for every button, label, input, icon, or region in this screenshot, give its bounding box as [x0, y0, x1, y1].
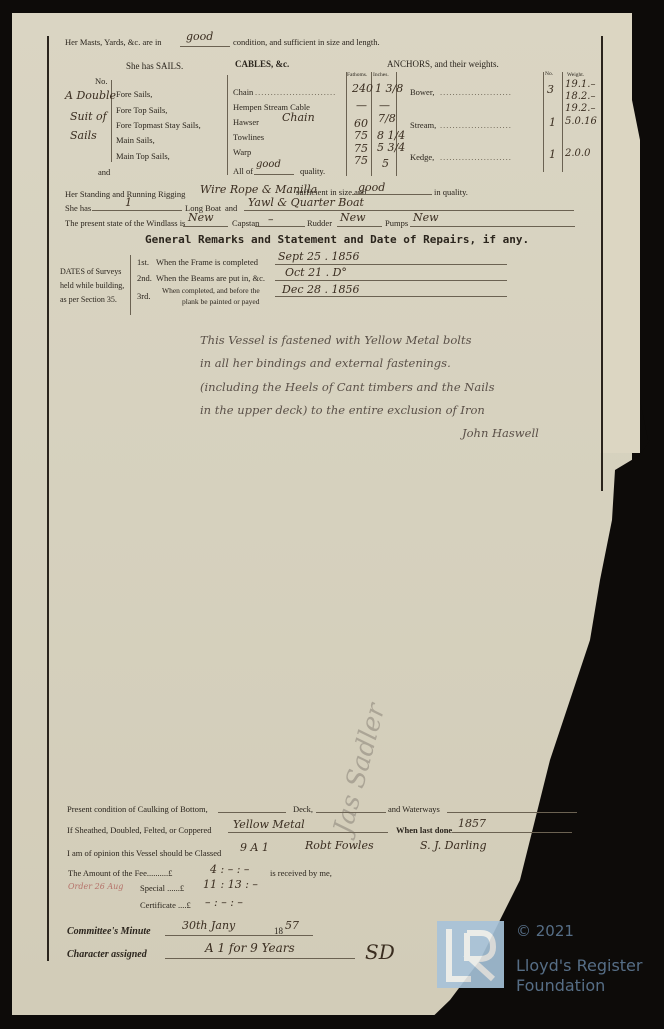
page-margin	[600, 13, 640, 453]
surveyor-signature-2: S. J. Darling	[420, 840, 486, 851]
inches-value: 1 3/8	[375, 83, 403, 94]
quality-pre: All of	[233, 167, 253, 176]
fee-label: The Amount of the Fee..........£	[68, 869, 172, 878]
last-done-value: 1857	[458, 818, 486, 829]
classed-label: I am of opinion this Vessel should be Cl…	[67, 849, 221, 858]
boats-and: and	[225, 204, 237, 213]
sail-item: Fore Top Sails,	[116, 106, 167, 115]
boats-count: 1	[125, 197, 132, 208]
fathoms-value: 60	[354, 118, 368, 129]
weight-header: Weight.	[567, 73, 584, 79]
inches-value: 5	[382, 158, 389, 169]
masts-underline	[180, 46, 230, 47]
leader-dots: .......................	[440, 88, 512, 97]
waterways-label: and Waterways	[388, 805, 440, 814]
anchors-header: ANCHORS, and their weights.	[387, 60, 499, 69]
other-boats-underline	[244, 210, 574, 211]
windlass-underline	[183, 226, 228, 227]
survey-date: Sept 25 . 1856	[278, 251, 360, 262]
cables-header: CABLES, &c.	[235, 60, 289, 69]
sheathing-value: Yellow Metal	[233, 819, 305, 830]
anchor-no-header: No.	[545, 72, 553, 78]
inches-value: 5 3/4	[377, 142, 405, 153]
left-border-rule	[47, 36, 49, 961]
anchor-no: 3	[547, 84, 554, 95]
watermark-year: © 2021	[516, 922, 574, 940]
remarks-signature: John Haswell	[462, 428, 539, 440]
sails-hw-1: A Double	[65, 90, 116, 101]
fathoms-value: 75	[354, 130, 368, 141]
sheathing-label: If Sheathed, Doubled, Felted, or Coppere…	[67, 826, 211, 835]
surveyor-signature-1: Robt Fowles	[305, 840, 374, 851]
quality-underline	[254, 174, 294, 175]
sails-and: and	[98, 168, 110, 177]
right-border-rule	[601, 36, 603, 291]
fathoms-value: 75	[354, 143, 368, 154]
windlass-value: New	[188, 212, 214, 223]
lr-logo-icon	[437, 921, 504, 988]
cable-label: Hawser	[233, 118, 259, 127]
document-page	[12, 13, 632, 1015]
remarks-title: General Remarks and Statement and Date o…	[145, 233, 529, 246]
quality-post: quality.	[300, 167, 325, 176]
survey-date: Dec 28 . 1856	[282, 284, 359, 295]
rigging-post: in quality.	[434, 188, 468, 197]
anchor-no: 1	[549, 117, 556, 128]
capstan-underline	[255, 226, 305, 227]
anchor-label: Kedge,	[410, 153, 434, 162]
fee-value: 4 : – : –	[210, 864, 249, 875]
pumps-underline	[410, 226, 575, 227]
anchor-no-rule	[543, 72, 544, 172]
sail-item: Fore Sails,	[116, 90, 152, 99]
masts-post: condition, and sufficient in size and le…	[233, 38, 380, 47]
survey-label: plank be painted or payed	[182, 298, 259, 306]
fathoms-value: —	[356, 100, 367, 111]
anchor-weight: 5.0.16	[565, 117, 597, 127]
leader-dots: .......................	[440, 121, 512, 130]
remarks-line: This Vessel is fastened with Yellow Meta…	[200, 335, 471, 347]
capstan-value: –	[268, 214, 274, 225]
last-done-label: When last done	[396, 826, 452, 835]
committee-year: 57	[285, 920, 299, 931]
sail-item: Main Top Sails,	[116, 152, 170, 161]
cables-quality: good	[256, 160, 281, 170]
watermark-line2: Foundation	[516, 976, 605, 995]
cable-label: Towlines	[233, 133, 264, 142]
inches-header: Inches.	[373, 73, 389, 79]
certificate-value: – : – : –	[205, 897, 243, 908]
committee-date: 30th Jany	[182, 920, 235, 931]
anchor-weight: 19.2.–	[565, 104, 595, 114]
bottom-underline	[218, 812, 286, 813]
inches-value: 8 1/4	[377, 130, 405, 141]
leader-dots: ..........................	[255, 88, 336, 97]
survey-ord: 2nd.	[137, 274, 152, 283]
right-border-rule-lower	[601, 291, 603, 491]
survey-label: When the Beams are put in, &c.	[156, 274, 265, 283]
survey-side-label: held while building,	[60, 282, 124, 290]
sails-no-label: No.	[95, 77, 108, 86]
anchor-no: 1	[549, 149, 556, 160]
masts-condition: good	[186, 31, 213, 42]
sails-hw-3: Sails	[70, 130, 97, 141]
weight-col-rule	[562, 72, 563, 172]
pumps-label: Pumps	[385, 219, 408, 228]
inches-value: —	[379, 100, 390, 111]
survey-ord: 1st.	[137, 258, 149, 267]
survey-brace	[130, 255, 131, 315]
survey-underline	[275, 296, 507, 297]
certificate-label: Certificate ....£	[140, 901, 191, 910]
masts-label: Her Masts, Yards, &c. are in	[65, 38, 162, 47]
initials-signature: SD	[365, 942, 395, 962]
sail-item: Fore Topmast Stay Sails,	[116, 121, 201, 130]
survey-ord: 3rd.	[137, 292, 150, 301]
character-underline	[165, 958, 355, 959]
anchor-weight: 2.0.0	[565, 149, 590, 159]
boats-label: She has	[65, 204, 91, 213]
boats-count-underline	[92, 210, 182, 211]
sails-header: She has SAILS.	[126, 62, 183, 71]
rudder-label: Rudder	[307, 219, 332, 228]
anchor-label: Stream,	[410, 121, 436, 130]
class-value: 9 A 1	[240, 842, 269, 853]
leader-dots: .......................	[440, 153, 512, 162]
anchor-label: Bower,	[410, 88, 434, 97]
rigging-underline	[352, 194, 432, 195]
remarks-line: (including the Heels of Cant timbers and…	[200, 382, 494, 394]
special-label: Special ......£	[140, 884, 184, 893]
inches-value: 7/8	[378, 113, 396, 124]
committee-underline	[165, 935, 313, 936]
waterways-underline	[447, 812, 577, 813]
rigging-quality: good	[358, 182, 385, 193]
rudder-underline	[337, 226, 382, 227]
character-label: Character assigned	[67, 950, 147, 960]
survey-underline	[275, 280, 507, 281]
cables-divider	[227, 75, 228, 175]
fathoms-col-rule	[346, 72, 347, 176]
anchor-weight: 18.2.–	[565, 92, 595, 102]
survey-label: When completed, and before the	[162, 287, 260, 295]
character-value: A 1 for 9 Years	[205, 942, 295, 954]
other-boats: Yawl & Quarter Boat	[248, 197, 364, 208]
deck-underline	[316, 812, 386, 813]
windlass-label: The present state of the Windlass is	[65, 219, 185, 228]
sheathing-underline	[228, 832, 388, 833]
lr-logo	[437, 921, 504, 988]
cable-label: Warp	[233, 148, 251, 157]
pumps-value: New	[413, 212, 439, 223]
special-value: 11 : 13 : –	[203, 879, 258, 890]
rudder-value: New	[340, 212, 366, 223]
remarks-line: in the upper deck) to the entire exclusi…	[200, 405, 485, 417]
sails-hw-2: Suit of	[70, 111, 107, 122]
last-done-underline	[452, 832, 572, 833]
watermark-line1: Lloyd's Register	[516, 956, 642, 975]
committee-label: Committee's Minute	[67, 927, 151, 937]
sail-item: Main Sails,	[116, 136, 155, 145]
cable-label: Chain	[233, 88, 253, 97]
fathoms-value: 240	[352, 83, 373, 94]
survey-underline	[275, 264, 507, 265]
remarks-line: in all her bindings and external fasteni…	[200, 358, 451, 370]
hawser-value: Chain	[282, 112, 315, 123]
fathoms-value: 75	[354, 155, 368, 166]
fee-received: is received by me,	[270, 869, 332, 878]
survey-label: When the Frame is completed	[156, 258, 258, 267]
deck-label: Deck,	[293, 805, 313, 814]
anchor-weight: 19.1.–	[565, 80, 595, 90]
survey-side-label: DATES of Surveys	[60, 268, 121, 276]
survey-date: Oct 21 . D°	[285, 267, 347, 278]
survey-side-label: as per Section 35.	[60, 296, 117, 304]
order-stamp: Order 26 Aug	[68, 882, 123, 891]
caulking-label: Present condition of Caulking of Bottom,	[67, 805, 208, 814]
fathoms-header: Fathoms.	[347, 73, 367, 79]
